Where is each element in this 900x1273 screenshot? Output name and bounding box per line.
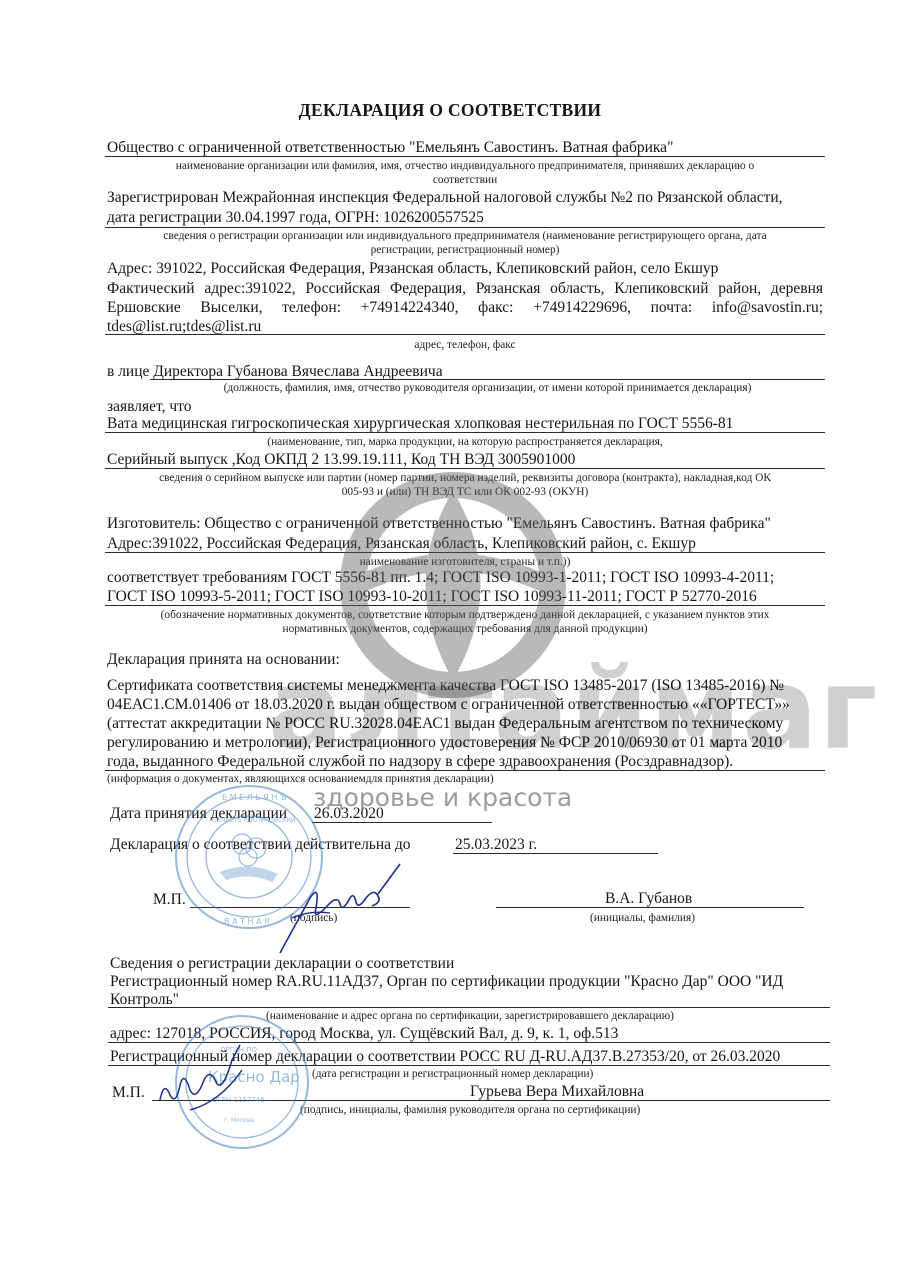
- cert-body-seal-label: М.П.: [112, 1083, 145, 1102]
- product-name: Вата медицинская гигроскопическая хирург…: [107, 414, 733, 433]
- document-title: ДЕКЛАРАЦИЯ О СООТВЕТСТВИИ: [0, 100, 900, 121]
- address-line-2: Фактический адрес:391022, Российская Фед…: [107, 279, 823, 298]
- product-caption: (наименование, тип, марка продукции, на …: [105, 435, 825, 449]
- applicant-caption-2: соответствии: [105, 173, 825, 187]
- valid-until-value: 25.03.2023 г.: [455, 835, 537, 854]
- cert-body-head-name: Гурьева Вера Михайловна: [470, 1082, 644, 1101]
- applicant-name: Общество с ограниченной ответственностью…: [107, 138, 673, 157]
- decl-registration-line-1: Регистрационный номер RA.RU.11АД37, Орга…: [110, 972, 783, 991]
- signature-icon: [250, 858, 410, 958]
- divider: [105, 227, 825, 228]
- divider: [105, 334, 825, 335]
- signer-name: В.А. Губанов: [605, 889, 692, 908]
- address-line-3: Ершовские Выселки, телефон: +74914224340…: [107, 298, 823, 317]
- registration-line-1: Зарегистрирован Межрайонная инспекция Фе…: [107, 188, 783, 207]
- applicant-caption: наименование организации или фамилия, им…: [105, 159, 825, 173]
- registration-caption-2: регистрации, регистрационный номер): [105, 243, 825, 257]
- watermark-brand: алтаймаг: [268, 650, 878, 770]
- divider: [496, 907, 804, 908]
- divider: [105, 156, 825, 157]
- watermark-tagline: здоровье и красота: [313, 783, 572, 813]
- divider: [108, 1007, 830, 1008]
- registration-line-2: дата регистрации 30.04.1997 года, ОГРН: …: [107, 208, 484, 227]
- address-line-1: Адрес: 391022, Российская Федерация, Ряз…: [107, 259, 718, 278]
- divider: [312, 822, 492, 823]
- signer-caption: (инициалы, фамилия): [590, 911, 695, 925]
- divider: [150, 379, 825, 380]
- address-caption: адрес, телефон, факс: [105, 338, 825, 352]
- divider: [105, 432, 825, 433]
- svg-text:Е М Е Л Ь Я Н Ъ: Е М Е Л Ь Я Н Ъ: [222, 793, 287, 802]
- cert-body-head-caption: (подпись, инициалы, фамилия руководителя…: [300, 1103, 640, 1117]
- reg-number-caption: (дата регистрации и регистрационный номе…: [312, 1067, 593, 1081]
- representative-caption: (должность, фамилия, имя, отчество руков…: [150, 381, 825, 395]
- representative-prefix: в лице: [107, 363, 149, 380]
- divider: [105, 468, 825, 469]
- decl-registration-caption: (наименование и адрес органа по сертифик…: [266, 1009, 674, 1023]
- divider: [453, 853, 658, 854]
- registration-caption: сведения о регистрации организации или и…: [105, 229, 825, 243]
- representative-name: Директора Губанова Вячеслава Андреевича: [153, 363, 442, 380]
- product-serial: Серийный выпуск ,Код ОКПД 2 13.99.19.111…: [107, 450, 575, 469]
- svg-text:ОБЛАСТЬ КЛЕПИКОВСКИЙ: ОБЛАСТЬ КЛЕПИКОВСКИЙ: [212, 817, 295, 824]
- signature-icon: [150, 1040, 260, 1120]
